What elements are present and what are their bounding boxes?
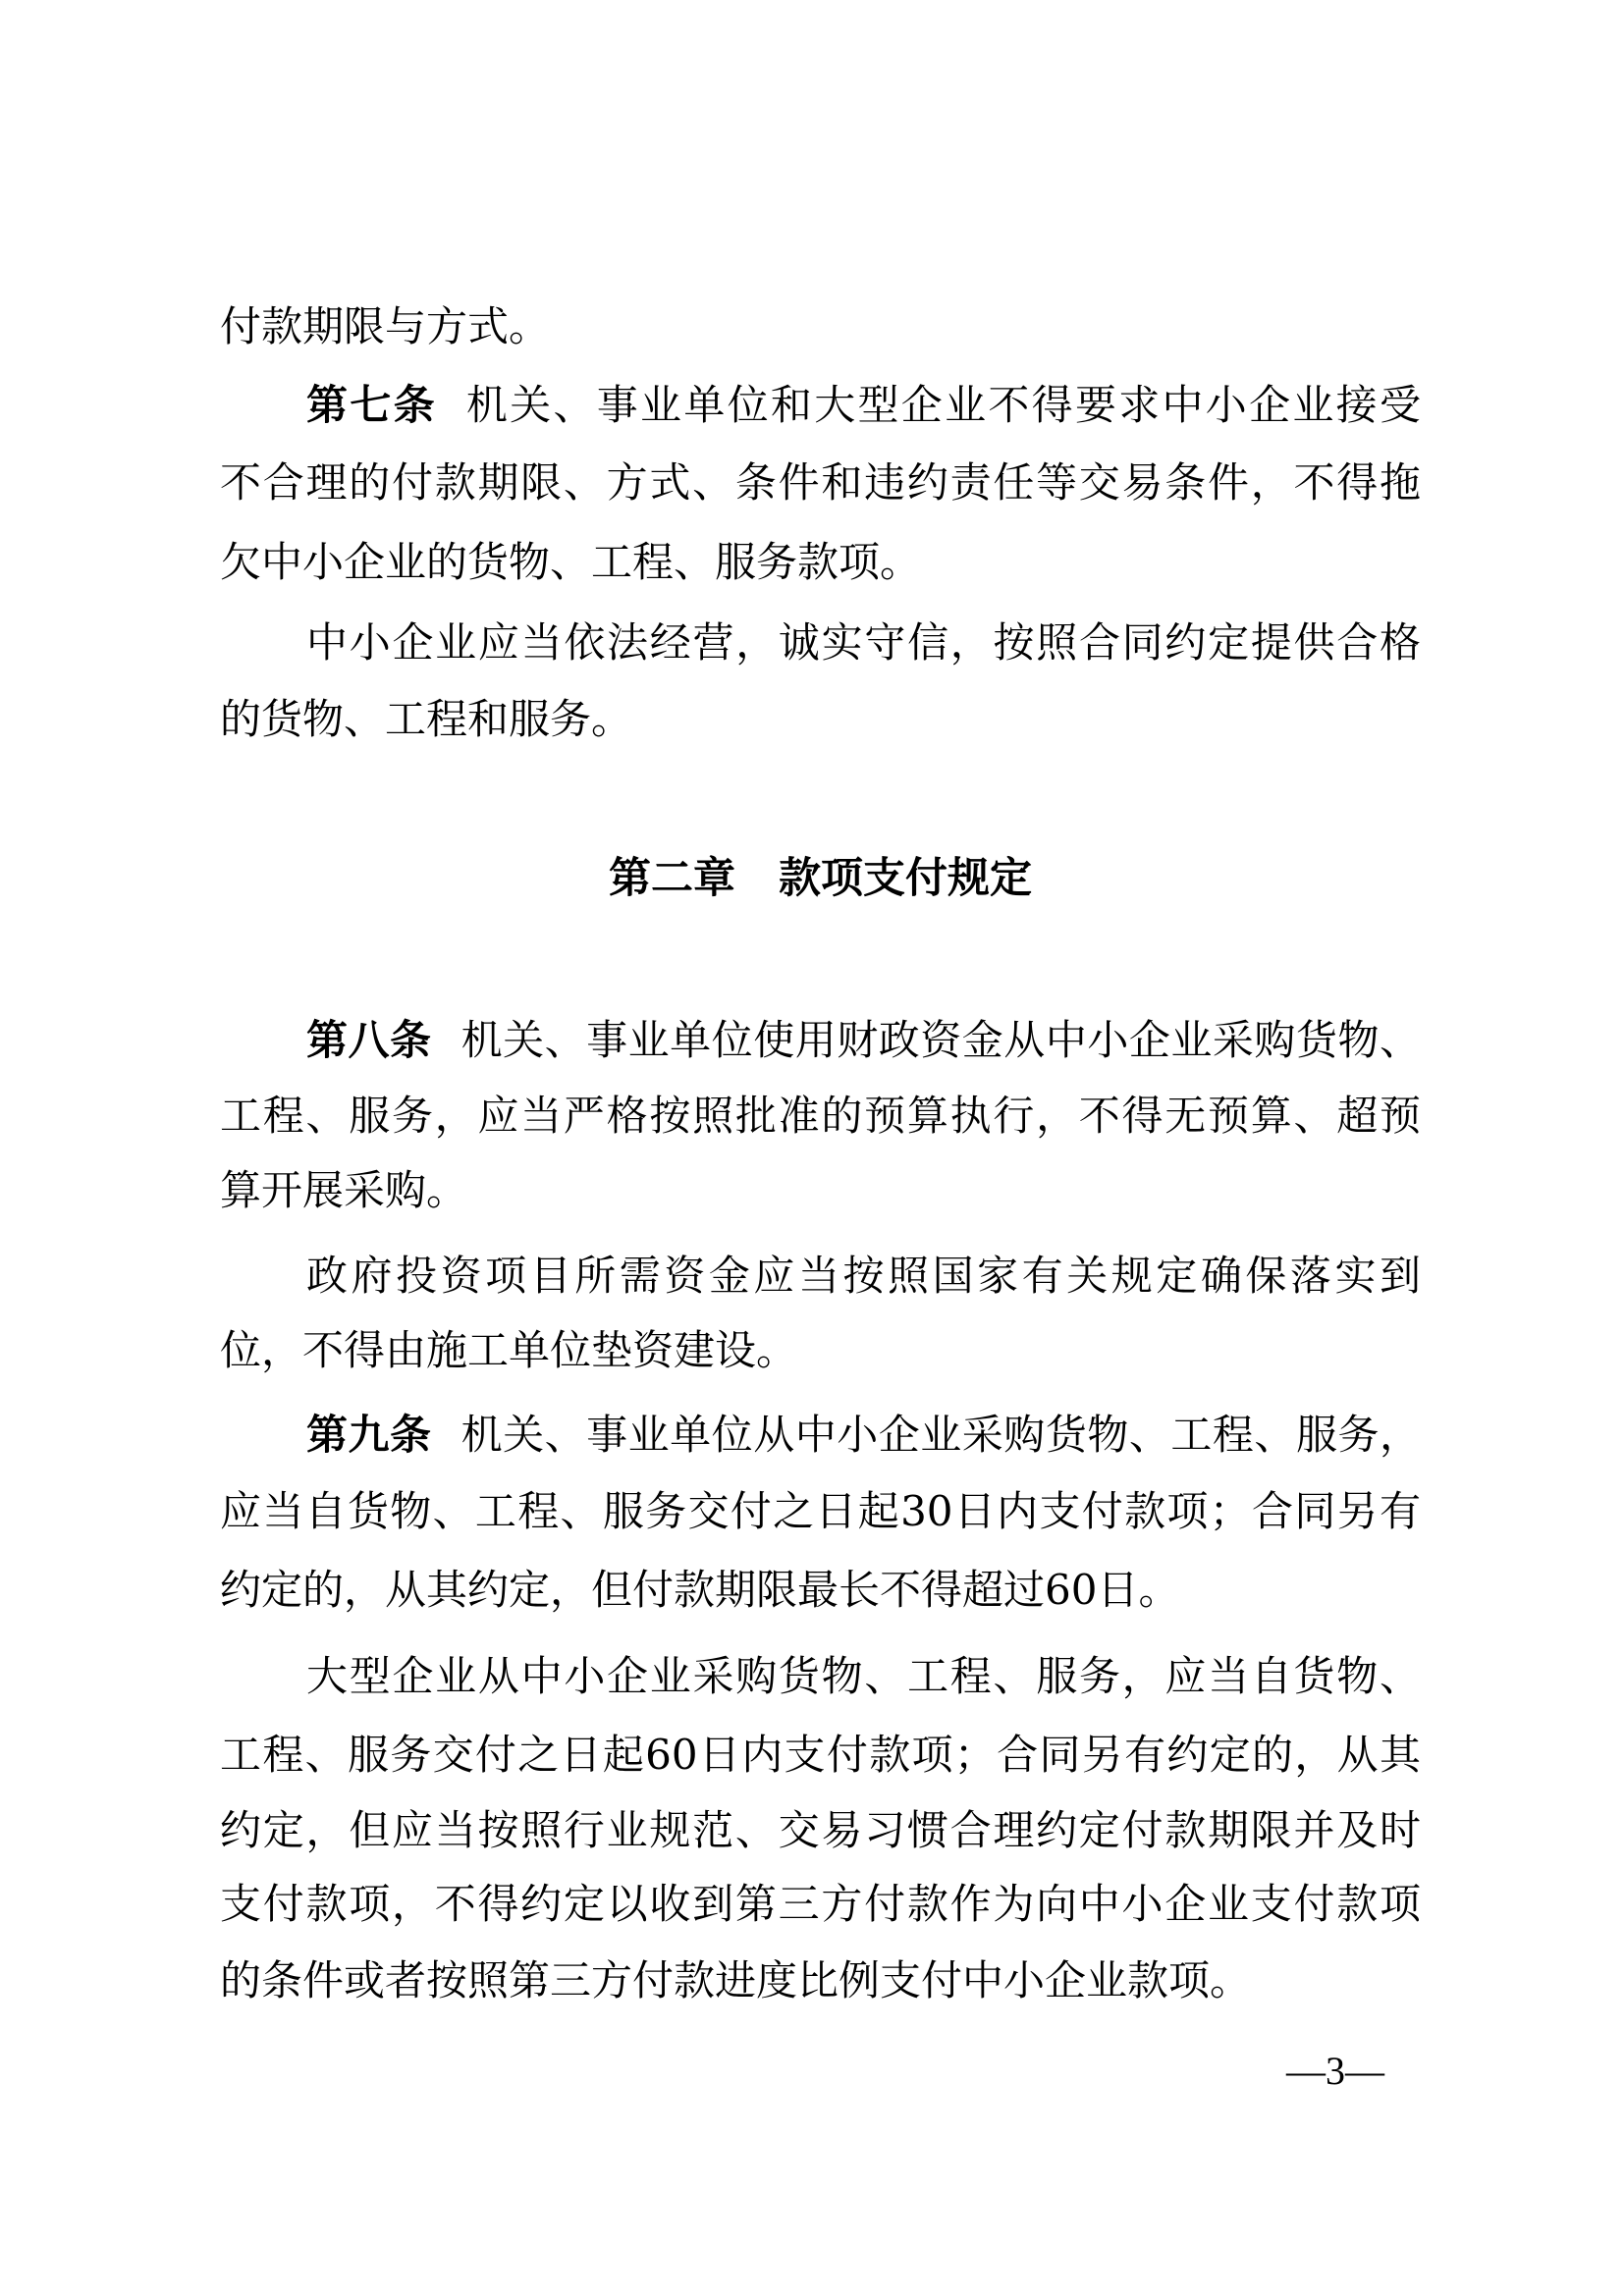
paragraph-line: 约定，但应当按照行业规范、交易习惯合理约定付款期限并及时 [220, 1791, 1421, 1870]
chapter-heading: 第二章款项支付规定 [220, 839, 1421, 918]
chapter-title: 款项支付规定 [779, 854, 1032, 903]
article-9-line-3: 约定的，从其约定，但付款期限最长不得超过60日。 [220, 1551, 1421, 1629]
line-text: 欠中小企业的货物、工程、服务款项。 [220, 538, 921, 586]
line-text: 支付款项，不得约定以收到第三方付款作为向中小企业支付款项 [220, 1880, 1421, 1928]
article-8-line-3: 算开展采购。 [220, 1151, 1421, 1230]
article-7-line-3: 欠中小企业的货物、工程、服务款项。 [220, 523, 1421, 602]
chapter-number: 第二章 [609, 854, 735, 903]
line-text: 机关、事业单位和大型企业不得要求中小企业接受 [466, 381, 1421, 429]
line-text: 位，不得由施工单位垫资建设。 [220, 1326, 797, 1374]
paragraph-line: 中小企业应当依法经营，诚实守信，按照合同约定提供合格 [220, 604, 1421, 682]
article-label: 第八条 [306, 1016, 432, 1064]
article-7-line-2: 不合理的付款期限、方式、条件和违约责任等交易条件，不得拖 [220, 444, 1421, 522]
paragraph-line: 付款期限与方式。 [220, 288, 1421, 366]
article-8-line-1: 第八条机关、事业单位使用财政资金从中小企业采购货物、 [220, 1001, 1421, 1080]
article-9-line-1: 第九条机关、事业单位从中小企业采购货物、工程、服务， [220, 1396, 1421, 1474]
line-text: 政府投资项目所需资金应当按照国家有关规定确保落实到 [306, 1252, 1421, 1300]
article-label: 第九条 [306, 1411, 432, 1459]
line-text: 的货物、工程和服务。 [220, 695, 632, 743]
line-text: 算开展采购。 [220, 1166, 467, 1214]
line-text: 应当自货物、工程、服务交付之日起30日内支付款项；合同另有 [220, 1487, 1421, 1535]
line-text: 的条件或者按照第三方付款进度比例支付中小企业款项。 [220, 1956, 1251, 2004]
page-number: —3— [1276, 2047, 1394, 2096]
line-text: 机关、事业单位从中小企业采购货物、工程、服务， [461, 1411, 1421, 1459]
line-text: 工程、服务，应当严格按照批准的预算执行，不得无预算、超预 [220, 1092, 1421, 1140]
line-text: 中小企业应当依法经营，诚实守信，按照合同约定提供合格 [306, 618, 1421, 667]
line-text: 工程、服务交付之日起60日内支付款项；合同另有约定的，从其 [220, 1731, 1421, 1779]
document-page: 付款期限与方式。 第七条机关、事业单位和大型企业不得要求中小企业接受 不合理的付… [0, 0, 1624, 2296]
article-7-line-1: 第七条机关、事业单位和大型企业不得要求中小企业接受 [220, 366, 1421, 445]
line-text: 不合理的付款期限、方式、条件和违约责任等交易条件，不得拖 [220, 458, 1421, 507]
line-text: 大型企业从中小企业采购货物、工程、服务，应当自货物、 [306, 1652, 1421, 1700]
line-text: 机关、事业单位使用财政资金从中小企业采购货物、 [461, 1016, 1421, 1064]
line-text: 约定的，从其约定，但付款期限最长不得超过60日。 [220, 1566, 1179, 1614]
article-9-line-2: 应当自货物、工程、服务交付之日起30日内支付款项；合同另有 [220, 1472, 1421, 1551]
paragraph-line: 政府投资项目所需资金应当按照国家有关规定确保落实到 [220, 1237, 1421, 1315]
paragraph-line: 位，不得由施工单位垫资建设。 [220, 1311, 1421, 1390]
article-8-line-2: 工程、服务，应当严格按照批准的预算执行，不得无预算、超预 [220, 1077, 1421, 1155]
paragraph-line: 工程、服务交付之日起60日内支付款项；合同另有约定的，从其 [220, 1716, 1421, 1794]
paragraph-line: 大型企业从中小企业采购货物、工程、服务，应当自货物、 [220, 1637, 1421, 1716]
paragraph-line: 的货物、工程和服务。 [220, 680, 1421, 759]
line-text: 约定，但应当按照行业规范、交易习惯合理约定付款期限并及时 [220, 1806, 1421, 1854]
line-text: 付款期限与方式。 [220, 302, 550, 350]
paragraph-line: 支付款项，不得约定以收到第三方付款作为向中小企业支付款项 [220, 1865, 1421, 1944]
paragraph-line: 的条件或者按照第三方付款进度比例支付中小企业款项。 [220, 1942, 1421, 2020]
article-label: 第七条 [306, 381, 437, 429]
